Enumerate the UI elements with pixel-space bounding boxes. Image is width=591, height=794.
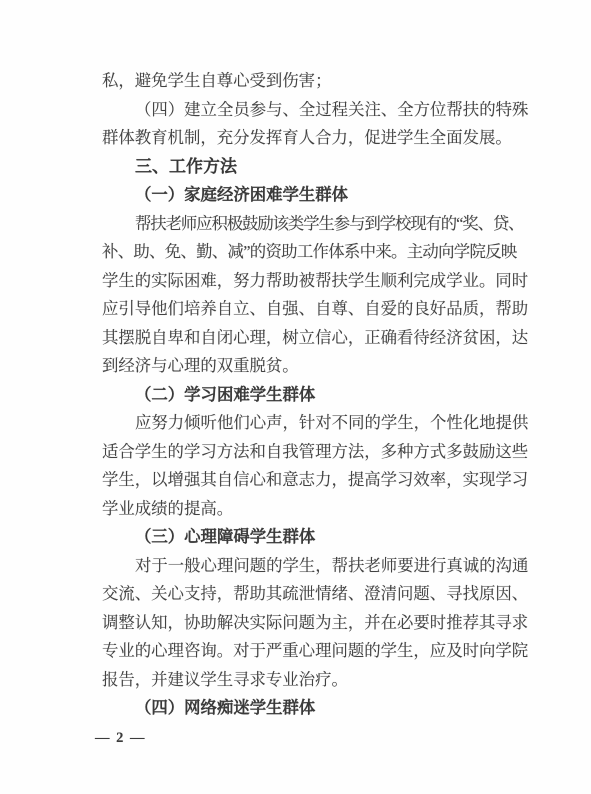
body-line: 专业的心理咨询。对于严重心理问题的学生，应及时向学院 — [102, 637, 532, 666]
body-line: 到经济与心理的双重脱贫。 — [102, 352, 532, 381]
body-line: 调整认知，协助解决实际问题为主，并在必要时推荐其寻求 — [102, 609, 532, 638]
subsection-heading: （四）网络痴迷学生群体 — [102, 694, 532, 723]
subsection-heading: （二）学习困难学生群体 — [102, 381, 532, 410]
body-line: 报告，并建议学生寻求专业治疗。 — [102, 666, 532, 695]
body-line: 学生，以增强其自信心和意志力，提高学习效率，实现学习 — [102, 466, 532, 495]
body-line: 适合学生的学习方法和自我管理方法，多种方式多鼓励这些 — [102, 438, 532, 467]
document-page: 私，避免学生自尊心受到伤害； （四）建立全员参与、全过程关注、全方位帮扶的特殊 … — [0, 0, 591, 794]
body-line: 学生的实际困难，努力帮助被帮扶学生顺利完成学业。同时 — [102, 267, 532, 296]
body-line: 学业成绩的提高。 — [102, 495, 532, 524]
document-body: 私，避免学生自尊心受到伤害； （四）建立全员参与、全过程关注、全方位帮扶的特殊 … — [102, 67, 532, 723]
body-line: 群体教育机制，充分发挥育人合力，促进学生全面发展。 — [102, 124, 532, 153]
section-heading: 三、工作方法 — [102, 153, 532, 182]
body-line: 帮扶老师应积极鼓励该类学生参与到学校现有的“奖、贷、 — [102, 210, 532, 239]
page-number: — 2 — — [95, 730, 146, 747]
body-line: 应引导他们培养自立、自强、自尊、自爱的良好品质，帮助 — [102, 295, 532, 324]
body-line: （四）建立全员参与、全过程关注、全方位帮扶的特殊 — [102, 96, 532, 125]
body-line: 私，避免学生自尊心受到伤害； — [102, 67, 532, 96]
body-line: 对于一般心理问题的学生，帮扶老师要进行真诚的沟通 — [102, 552, 532, 581]
body-line: 补、助、免、勤、减”的资助工作体系中来。主动向学院反映 — [102, 238, 532, 267]
body-line: 其摆脱自卑和自闭心理，树立信心，正确看待经济贫困，达 — [102, 324, 532, 353]
subsection-heading: （三）心理障碍学生群体 — [102, 523, 532, 552]
body-line: 应努力倾听他们心声，针对不同的学生，个性化地提供 — [102, 409, 532, 438]
subsection-heading: （一）家庭经济困难学生群体 — [102, 181, 532, 210]
body-line: 交流、关心支持，帮助其疏泄情绪、澄清问题、寻找原因、 — [102, 580, 532, 609]
